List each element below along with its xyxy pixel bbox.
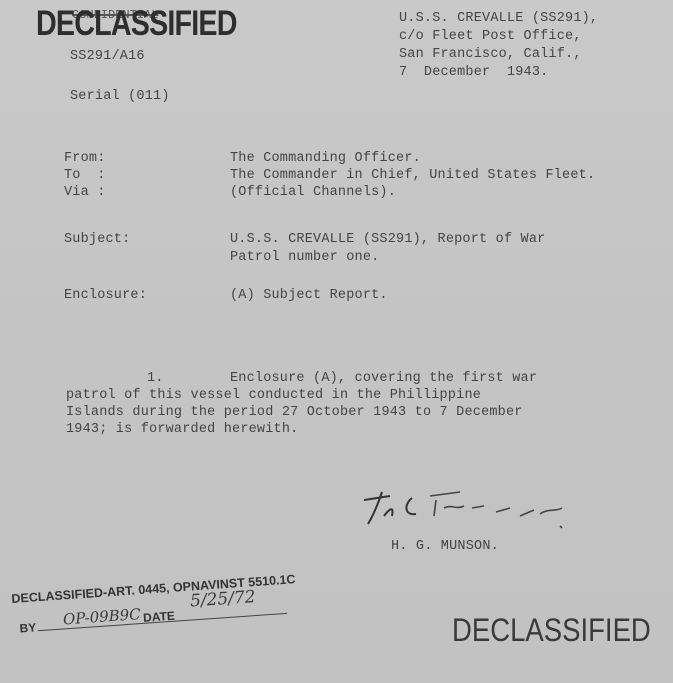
declassified-date-value: 5/25/72	[189, 587, 256, 612]
from-label: From:	[64, 150, 106, 167]
from-value: The Commanding Officer.	[230, 150, 421, 167]
subject-line: Patrol number one.	[230, 249, 379, 266]
body-line: Enclosure (A), covering the first war	[230, 370, 537, 387]
file-code: SS291/A16	[70, 48, 145, 65]
serial-number: Serial (011)	[70, 88, 170, 105]
body-line: Islands during the period 27 October 194…	[66, 404, 523, 421]
declassified-stamp-bottom: DECLASSIFIED	[452, 612, 651, 649]
to-label: To :	[64, 167, 106, 184]
paragraph-number: 1.	[147, 370, 164, 387]
address-line: c/o Fleet Post Office,	[399, 28, 582, 45]
subject-label: Subject:	[64, 231, 130, 248]
body-line: 1943; is forwarded herewith.	[66, 421, 298, 438]
via-label: Via :	[64, 184, 106, 201]
signer-name: H. G. MUNSON.	[391, 538, 499, 555]
via-value: (Official Channels).	[230, 184, 396, 201]
subject-line: U.S.S. CREVALLE (SS291), Report of War	[230, 231, 545, 248]
letter-date: 7 December 1943.	[399, 64, 548, 81]
address-line: U.S.S. CREVALLE (SS291),	[399, 10, 598, 27]
declassified-by-value: OP-09B9C	[62, 605, 141, 628]
address-line: San Francisco, Calif.,	[399, 46, 582, 63]
declassified-stamp-top: DECLASSIFIED	[36, 4, 237, 44]
body-line: patrol of this vessel conducted in the P…	[66, 387, 481, 404]
enclosure-value: (A) Subject Report.	[230, 287, 388, 304]
handwritten-signature	[360, 486, 610, 536]
declassification-authority-stamp: DECLASSIFIED-ART. 0445, OPNAVINST 5510.1…	[11, 572, 296, 606]
date-label: DATE	[143, 609, 176, 625]
to-value: The Commander in Chief, United States Fl…	[230, 167, 595, 184]
document-page: CONFIDENTIAL DECLASSIFIED SS291/A16 Seri…	[0, 0, 673, 683]
enclosure-label: Enclosure:	[64, 287, 147, 304]
by-label: BY	[19, 620, 37, 635]
